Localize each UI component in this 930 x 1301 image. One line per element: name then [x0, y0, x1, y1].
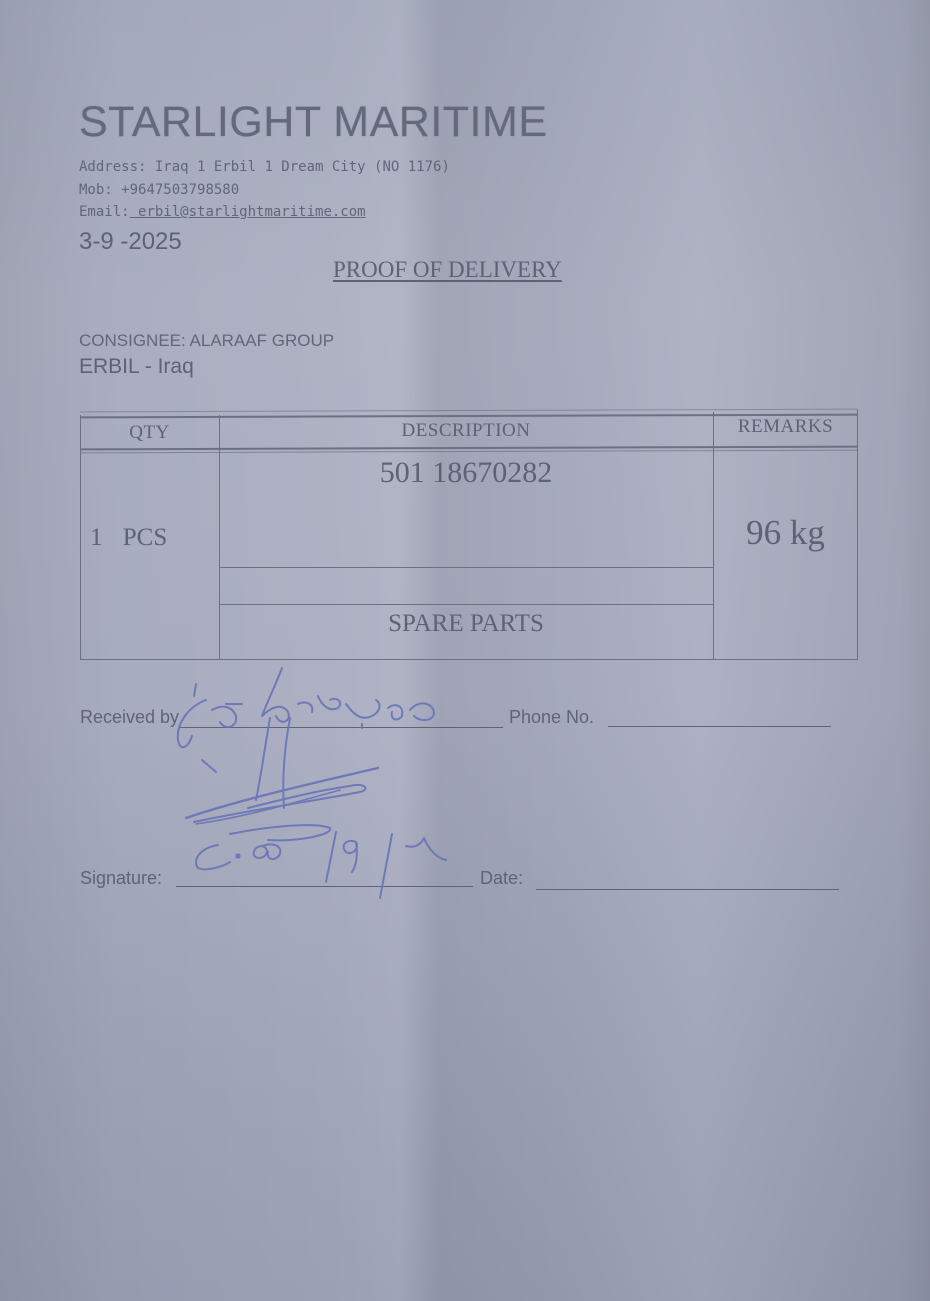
header-divider-double	[80, 450, 858, 454]
table-border-bottom	[80, 659, 858, 660]
column-header-description: DESCRIPTION	[219, 420, 713, 442]
description-reference: 501 18670282	[219, 456, 713, 490]
company-mobile: Mob: +9647503798580	[79, 182, 239, 198]
delivery-table: QTY DESCRIPTION REMARKS 1 PCS 501 186702…	[80, 410, 858, 660]
signature-label: Signature:	[80, 868, 162, 889]
date-field[interactable]	[536, 889, 839, 890]
document-title: PROOF OF DELIVERY	[333, 257, 562, 283]
email-value: erbil@starlightmaritime.com	[138, 204, 366, 220]
company-address: Address: Iraq 1 Erbil 1 Dream City (NO 1…	[79, 159, 450, 175]
email-label: Email:	[79, 204, 130, 220]
company-name: STARLIGHT MARITIME	[79, 98, 548, 147]
address-value: Iraq 1 Erbil 1 Dream City (NO 1176)	[155, 159, 450, 175]
description-divider-2	[219, 604, 713, 605]
qty-number: 1	[90, 524, 103, 551]
address-label: Address:	[79, 159, 146, 175]
phone-field[interactable]	[608, 726, 831, 727]
consignee-name: CONSIGNEE: ALARAAF GROUP	[79, 331, 334, 351]
company-email: Email: erbil@starlightmaritime.com	[79, 204, 366, 220]
mobile-value: +9647503798580	[121, 182, 239, 198]
received-by-label: Received by	[80, 707, 179, 728]
description-divider-1	[219, 567, 713, 568]
mobile-label: Mob:	[79, 182, 113, 198]
remarks-value: 96 kg	[713, 513, 858, 553]
qty-value: 1 PCS	[90, 524, 167, 552]
phone-label: Phone No.	[509, 707, 594, 728]
table-border-top-double	[80, 409, 858, 413]
description-item: SPARE PARTS	[219, 610, 713, 638]
consignee-city: ERBIL - Iraq	[79, 355, 194, 379]
email-link[interactable]: erbil@starlightmaritime.com	[130, 204, 366, 220]
signature-field[interactable]	[176, 886, 473, 887]
document-date: 3-9 -2025	[79, 228, 182, 256]
column-header-remarks: REMARKS	[713, 416, 858, 438]
column-header-qty: QTY	[80, 422, 219, 444]
qty-unit: PCS	[123, 524, 167, 551]
date-label: Date:	[480, 868, 523, 889]
received-by-field[interactable]	[180, 727, 503, 728]
